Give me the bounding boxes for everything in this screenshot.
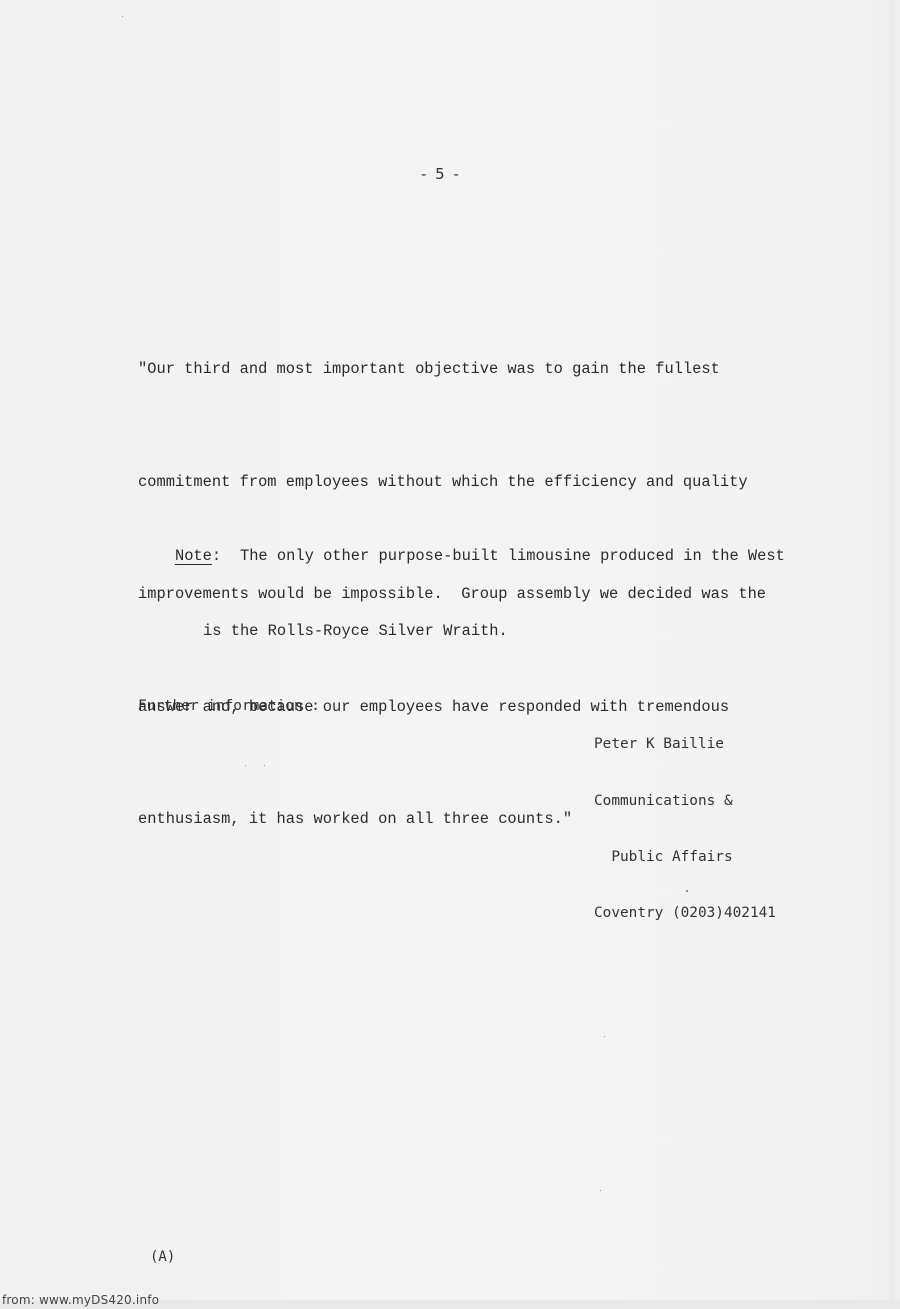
document-page: - 5 - "Our third and most important obje… — [0, 0, 900, 1300]
contact-department-cont: Public Affairs — [594, 848, 776, 867]
paper-speck — [264, 765, 265, 766]
paper-speck — [245, 765, 246, 766]
contact-block: Peter K Baillie Communications & Public … — [594, 698, 776, 960]
footer-mark: (A) — [150, 1249, 175, 1265]
paragraph-line: commitment from employees without which … — [138, 464, 798, 502]
paragraph-line: "Our third and most important objective … — [138, 351, 798, 389]
paper-speck — [600, 1190, 601, 1191]
further-information-label: Further information : — [138, 698, 320, 714]
source-watermark: from: www.myDS420.info — [2, 1293, 159, 1307]
note-line-1: The only other purpose-built limousine p… — [240, 547, 785, 565]
note-label-text: Note — [175, 547, 212, 565]
note-line-2: is the Rolls-Royce Silver Wraith. — [138, 613, 785, 651]
page-number: - 5 - — [421, 165, 461, 183]
paper-speck — [686, 890, 688, 892]
page-edge — [891, 0, 892, 1300]
contact-name: Peter K Baillie — [594, 735, 776, 754]
contact-phone: Coventry (0203)402141 — [594, 904, 776, 923]
note-block: Note:The only other purpose-built limous… — [138, 500, 785, 725]
note-label-colon: : — [212, 547, 221, 565]
contact-department: Communications & — [594, 792, 776, 811]
paper-speck — [122, 16, 123, 17]
paper-speck — [604, 1036, 605, 1037]
note-label: Note: — [175, 538, 240, 576]
